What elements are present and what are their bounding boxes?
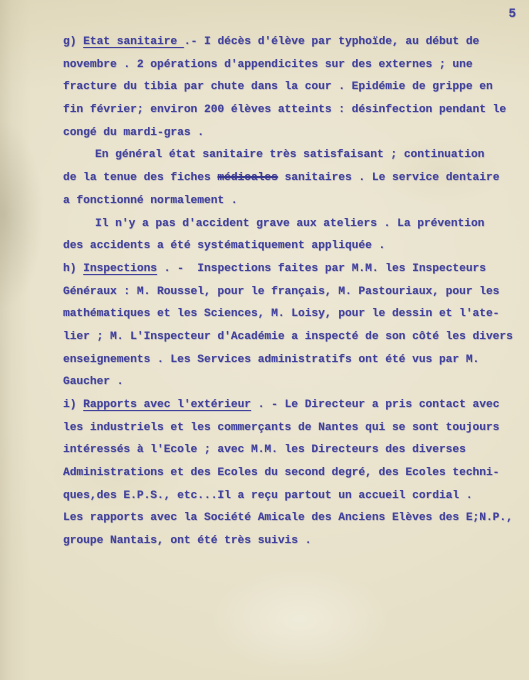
text-line: intéressés à l'Ecole ; avec M.M. les Dir… [63,439,523,462]
text-segment: Les rapports avec la Société Amicale des… [63,512,513,524]
scanned-page: 5 g) Etat sanitaire .- I décès d'élève p… [0,0,529,680]
text-segment-strike: médicales [217,172,277,184]
text-segment: fin février; environ 200 élèves atteints… [63,104,506,116]
text-segment: sanitaires . Le service dentaire [278,172,500,184]
text-line: enseignements . Les Services administrat… [63,349,523,372]
text-line: fin février; environ 200 élèves atteints… [63,99,523,122]
text-line: g) Etat sanitaire .- I décès d'élève par… [63,31,523,54]
text-segment: groupe Nantais, ont été très suivis . [63,535,311,547]
text-segment-underline: Rapports avec l'extérieur [83,399,251,411]
text-line: Gaucher . [63,371,523,394]
text-segment-underline: Etat sanitaire [83,36,184,48]
text-segment: . - Le Directeur a pris contact avec [251,399,499,411]
text-line: a fonctionné normalement . [63,190,523,213]
text-line: Administrations et des Ecoles du second … [63,462,523,485]
text-line: Les rapports avec la Société Amicale des… [63,507,523,530]
text-segment: les industriels et les commerçants de Na… [63,422,499,434]
text-segment: de la tenue des fiches [63,172,217,184]
text-line: congé du mardi-gras . [63,122,523,145]
text-segment: enseignements . Les Services administrat… [63,354,479,366]
text-line: fracture du tibia par chute dans la cour… [63,76,523,99]
text-segment: En général état sanitaire très satisfais… [95,149,484,161]
text-line: Généraux : M. Roussel, pour le français,… [63,281,523,304]
text-segment: g) [63,36,83,48]
text-segment-underline: Inspections [83,263,157,275]
text-segment: Généraux : M. Roussel, pour le français,… [63,286,499,298]
text-segment: Administrations et des Ecoles du second … [63,467,499,479]
text-line: de la tenue des fiches médicales sanitai… [63,167,523,190]
text-segment: i) [63,399,83,411]
text-segment: lier ; M. L'Inspecteur d'Académie a insp… [63,331,513,343]
text-line: i) Rapports avec l'extérieur . - Le Dire… [63,394,523,417]
text-segment: . - Inspections faites par M.M. les Insp… [157,263,486,275]
text-segment: congé du mardi-gras . [63,127,204,139]
text-segment: Gaucher . [63,376,123,388]
text-line: En général état sanitaire très satisfais… [63,144,523,167]
text-line: groupe Nantais, ont été très suivis . [63,530,523,553]
text-segment: mathématiques et les Sciences, M. Loisy,… [63,308,499,320]
text-line: Il n'y a pas d'accident grave aux atelie… [63,213,523,236]
text-segment: novembre . 2 opérations d'appendicites s… [63,59,473,71]
text-segment: .- I décès d'élève par typhoïde, au débu… [184,36,479,48]
text-segment: intéressés à l'Ecole ; avec M.M. les Dir… [63,444,466,456]
text-segment: Il n'y a pas d'accident grave aux atelie… [95,218,484,230]
text-segment: h) [63,263,83,275]
text-segment: ques,des E.P.S., etc...Il a reçu partout… [63,490,473,502]
document-text: g) Etat sanitaire .- I décès d'élève par… [63,31,523,553]
text-line: des accidents a été systématiquement app… [63,235,523,258]
text-line: lier ; M. L'Inspecteur d'Académie a insp… [63,326,523,349]
text-line: les industriels et les commerçants de Na… [63,417,523,440]
page-number: 5 [508,7,516,21]
text-segment: des accidents a été systématiquement app… [63,240,385,252]
text-segment: fracture du tibia par chute dans la cour… [63,81,493,93]
text-line: ques,des E.P.S., etc...Il a reçu partout… [63,485,523,508]
text-line: novembre . 2 opérations d'appendicites s… [63,54,523,77]
text-segment: a fonctionné normalement . [63,195,238,207]
text-line: h) Inspections . - Inspections faites pa… [63,258,523,281]
text-line: mathématiques et les Sciences, M. Loisy,… [63,303,523,326]
